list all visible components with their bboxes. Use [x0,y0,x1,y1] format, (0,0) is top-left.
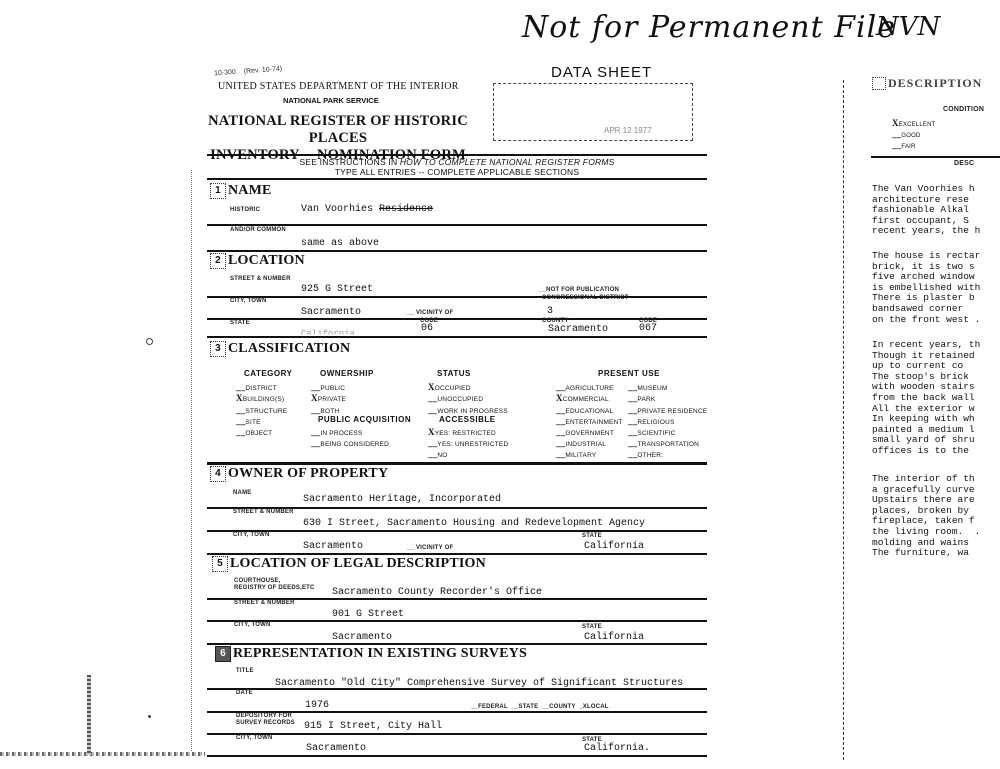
state-code-field[interactable]: 06 [421,323,433,334]
public-acquisition-header: PUBLIC ACQUISITION [318,415,411,424]
page-edge-line [843,80,844,760]
county-field[interactable]: Sacramento [548,324,608,335]
city-label: CITY, TOWN [230,298,267,305]
owner-city-field[interactable]: Sacramento [303,541,363,552]
survey-city-field[interactable]: Sacramento [306,743,366,754]
state-label: STATE [230,320,250,327]
acquisition-option[interactable]: __IN PROCESS [311,427,363,437]
courthouse-label: COURTHOUSE, REGISTRY OF DEEDS,ETC [234,578,315,592]
category-header: CATEGORY [244,369,292,378]
street-field[interactable]: 925 G Street [301,284,373,295]
vicinity-option[interactable]: __ VICINITY OF [407,310,453,317]
category-option[interactable]: __STRUCTURE [236,405,287,415]
present-use-option[interactable]: __AGRICULTURE [556,382,614,392]
describe-label: DESC [954,160,974,167]
data-sheet-title: DATA SHEET [551,64,652,81]
present-use-option[interactable]: __PARK [628,393,655,403]
present-use-option[interactable]: __RELIGIOUS [628,416,675,426]
historic-name-field[interactable]: Van Voorhies Residence [301,204,433,215]
accessible-option[interactable]: XYES: RESTRICTED [428,427,496,437]
congressional-district-label: CONGRESSIONAL DISTRICT [542,295,629,302]
divider [207,755,707,757]
legal-state-field[interactable]: California [584,632,644,643]
street-label: STREET & NUMBER [230,276,291,283]
ownership-header: OWNERSHIP [320,369,374,378]
divider [207,336,707,338]
status-option[interactable]: XOCCUPIED [428,382,471,392]
description-paragraph: The Van Voorhies h architecture rese fas… [872,184,1000,237]
condition-label: CONDITION [943,106,984,113]
scan-artifact-vertical [87,675,91,755]
divider [207,733,707,735]
divider [207,530,707,532]
divider [207,224,707,226]
category-option[interactable]: __SITE [236,416,261,426]
owner-street-label: STREET & NUMBER [233,509,294,516]
divider [207,154,707,156]
historic-label: HISTORIC [230,207,260,214]
present-use-header: PRESENT USE [598,369,660,378]
owner-street-field[interactable]: 630 I Street, Sacramento Housing and Red… [303,518,645,529]
status-header: STATUS [437,369,471,378]
present-use-option[interactable]: __PRIVATE RESIDENCE [628,405,707,415]
description-paragraph: The house is rectar brick, it is two s f… [872,251,1000,325]
divider [207,178,707,180]
legal-street-label: STREET & NUMBER [234,600,295,607]
instructions: SEE INSTRUCTIONS IN HOW TO COMPLETE NATI… [207,157,707,177]
survey-title-label: TITLE [236,668,254,675]
category-option[interactable]: __OBJECT [236,427,272,437]
state-field[interactable]: California [301,329,355,339]
agency-name: NATIONAL PARK SERVICE [283,96,379,105]
scan-artifact-bottom [0,752,205,756]
owner-name-label: NAME [233,490,251,497]
handwritten-note: Not for Permanent File [522,10,896,45]
congressional-district-field[interactable]: 3 [547,306,553,317]
department-name: UNITED STATES DEPARTMENT OF THE INTERIOR [218,81,459,92]
owner-vicinity-option[interactable]: __ VICINITY OF [407,545,453,552]
form-number: 10-300 (Rev. 10-74) [214,66,282,78]
section-number-box: 1 [210,183,226,199]
survey-date-field[interactable]: 1976 [305,700,329,711]
scan-speck [148,715,151,718]
acquisition-option[interactable]: __BEING CONSIDERED [311,438,389,448]
common-label: AND/OR COMMON [230,227,286,234]
present-use-option[interactable]: __OTHER: [628,449,663,459]
legal-street-field[interactable]: 901 G Street [332,609,404,620]
section-owner-heading: 4 OWNER OF PROPERTY [210,466,388,482]
status-option[interactable]: __WORK IN PROGRESS [428,405,508,415]
section-number-box: 2 [210,253,226,269]
description-paragraph: In recent years, th Though it retained u… [872,340,1000,457]
present-use-option[interactable]: __INDUSTRIAL [556,438,606,448]
section-number-box [872,77,886,90]
present-use-option[interactable]: __MUSEUM [628,382,668,392]
legal-city-field[interactable]: Sacramento [332,632,392,643]
not-for-publication-option[interactable]: __NOT FOR PUBLICATION [539,287,619,294]
handwritten-initials: NVN [876,12,940,42]
section-location-heading: 2 LOCATION [210,253,305,269]
section-number-box: 5 [212,556,228,572]
section-number-box: 6 [215,646,231,662]
present-use-option[interactable]: __MILITARY [556,449,596,459]
present-use-option[interactable]: XCOMMERCIAL [556,393,609,403]
category-option[interactable]: __DISTRICT [236,382,277,392]
divider [207,620,707,622]
present-use-option[interactable]: __ENTERTAINMENT [556,416,623,426]
ownership-option[interactable]: __PUBLIC [311,382,345,392]
ownership-option[interactable]: __BOTH [311,405,339,415]
owner-state-field[interactable]: California [584,541,644,552]
present-use-option[interactable]: __SCIENTIFIC [628,427,676,437]
section-number-box: 4 [210,466,226,482]
divider [207,318,707,320]
divider [207,688,707,690]
section-number-box: 3 [210,341,226,357]
description-heading: DESCRIPTION [872,76,982,91]
present-use-option[interactable]: __EDUCATIONAL [556,405,613,415]
condition-option[interactable]: XEXCELLENT [892,118,936,128]
date-stamp: APR 12 1977 [604,126,652,135]
owner-state-label: STATE [582,533,602,540]
common-name-field[interactable]: same as above [301,238,379,249]
ownership-option[interactable]: XPRIVATE [311,393,346,403]
condition-option[interactable]: __GOOD [892,129,921,139]
owner-name-field[interactable]: Sacramento Heritage, Incorporated [303,494,501,505]
present-use-option[interactable]: __GOVERNMENT [556,427,614,437]
divider [207,553,707,555]
depository-label: DEPOSITORY FOR SURVEY RECORDS [236,713,295,727]
survey-city-label: CITY, TOWN [236,735,273,742]
survey-state-field[interactable]: California. [584,743,650,754]
accessible-option[interactable]: __NO [428,449,448,459]
owner-city-label: CITY, TOWN [233,532,270,539]
accessible-header: ACCESSIBLE [439,415,496,424]
city-field[interactable]: Sacramento [301,307,361,318]
section-classification-heading: 3 CLASSIFICATION [210,341,350,357]
section-surveys-heading: 6 REPRESENTATION IN EXISTING SURVEYS [215,646,527,662]
nps-use-box: APR 12 1977 [493,83,693,141]
depository-field[interactable]: 915 I Street, City Hall [304,721,442,732]
present-use-option[interactable]: __TRANSPORTATION [628,438,699,448]
legal-state-label: STATE [582,624,602,631]
county-code-field[interactable]: 067 [639,323,657,334]
legal-city-label: CITY, TOWN [234,622,271,629]
category-option[interactable]: XBUILDING(S) [236,393,284,403]
courthouse-field[interactable]: Sacramento County Recorder's Office [332,587,542,598]
survey-date-label: DATE [236,690,253,697]
divider [871,156,1000,158]
section-legal-heading: 5 LOCATION OF LEGAL DESCRIPTION [212,556,486,572]
divider [207,250,707,252]
scan-speck [146,338,153,345]
section-name-heading: 1 NAME [210,183,272,199]
status-option[interactable]: __UNOCCUPIED [428,393,483,403]
divider [207,296,707,298]
scan-edge-line [191,170,192,755]
survey-level-options[interactable]: __FEDERAL __STATE __COUNTY _XLOCAL [471,704,609,711]
condition-option[interactable]: __FAIR [892,140,916,150]
divider [207,643,707,645]
description-paragraph: The interior of th a gracefully curve Up… [872,474,1000,559]
divider [207,462,707,465]
accessible-option[interactable]: __YES: UNRESTRICTED [428,438,508,448]
